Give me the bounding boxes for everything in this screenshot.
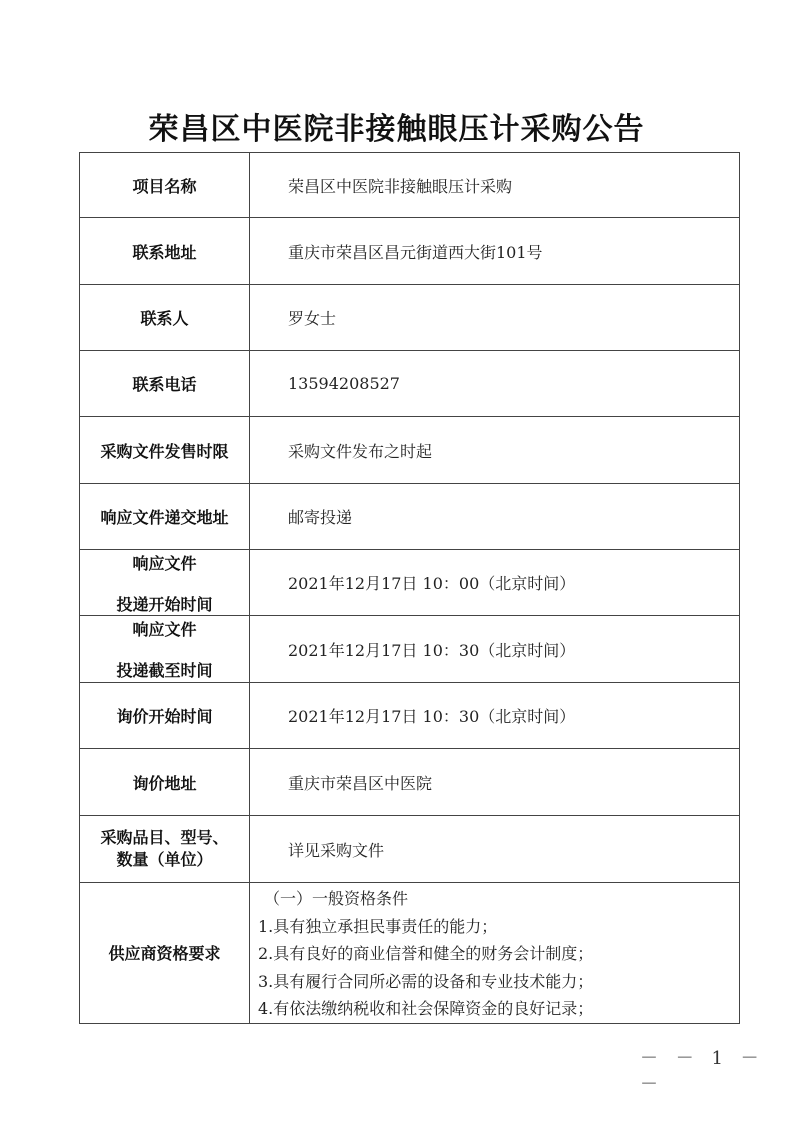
row-value: 2021年12月17日 10：00（北京时间）: [250, 550, 740, 616]
row-value: 13594208527: [250, 351, 740, 417]
requirement-item: 4.有依法缴纳税收和社会保障资金的良好记录；: [258, 995, 739, 1023]
row-label: 询价地址: [80, 749, 250, 816]
row-label: 联系电话: [80, 351, 250, 417]
table-row: 供应商资格要求 （一）一般资格条件 1.具有独立承担民事责任的能力； 2.具有良…: [80, 883, 740, 1024]
table-row: 响应文件 投递截至时间 2021年12月17日 10：30（北京时间）: [80, 616, 740, 683]
row-label-line: 采购品目、型号、: [80, 827, 249, 849]
row-label: 项目名称: [80, 153, 250, 218]
row-label-line: 响应文件: [80, 551, 249, 574]
procurement-info-table: 项目名称 荣昌区中医院非接触眼压计采购 联系地址 重庆市荣昌区昌元街道西大街10…: [79, 152, 740, 1024]
table-row: 联系人 罗女士: [80, 285, 740, 351]
row-value: 重庆市荣昌区中医院: [250, 749, 740, 816]
requirement-item: 1.具有独立承担民事责任的能力；: [258, 913, 739, 941]
row-value: 2021年12月17日 10：30（北京时间）: [250, 616, 740, 683]
row-value: 2021年12月17日 10：30（北京时间）: [250, 683, 740, 749]
row-value: 详见采购文件: [250, 816, 740, 883]
table-row: 项目名称 荣昌区中医院非接触眼压计采购: [80, 153, 740, 218]
table-row: 询价开始时间 2021年12月17日 10：30（北京时间）: [80, 683, 740, 749]
supplier-requirements: （一）一般资格条件 1.具有独立承担民事责任的能力； 2.具有良好的商业信誉和健…: [250, 883, 740, 1024]
row-value: 重庆市荣昌区昌元街道西大街101号: [250, 218, 740, 285]
requirement-item: 3.具有履行合同所必需的设备和专业技术能力；: [258, 968, 739, 996]
row-label: 供应商资格要求: [80, 883, 250, 1024]
row-value: 罗女士: [250, 285, 740, 351]
table-row: 采购品目、型号、 数量（单位） 详见采购文件: [80, 816, 740, 883]
row-label: 采购品目、型号、 数量（单位）: [80, 816, 250, 883]
row-label: 响应文件递交地址: [80, 484, 250, 550]
row-label: 响应文件 投递截至时间: [80, 616, 250, 683]
requirement-item: 2.具有良好的商业信誉和健全的财务会计制度；: [258, 940, 739, 968]
page-number: － － 1 － －: [640, 1044, 793, 1096]
row-label-line: 投递截至时间: [80, 658, 249, 681]
row-label: 响应文件 投递开始时间: [80, 550, 250, 616]
table-row: 询价地址 重庆市荣昌区中医院: [80, 749, 740, 816]
row-value: 邮寄投递: [250, 484, 740, 550]
row-label: 联系人: [80, 285, 250, 351]
table-row: 联系电话 13594208527: [80, 351, 740, 417]
row-label: 联系地址: [80, 218, 250, 285]
row-label-line: 数量（单位）: [80, 849, 249, 871]
row-label: 采购文件发售时限: [80, 417, 250, 484]
row-value: 荣昌区中医院非接触眼压计采购: [250, 153, 740, 218]
row-value: 采购文件发布之时起: [250, 417, 740, 484]
table-row: 响应文件递交地址 邮寄投递: [80, 484, 740, 550]
row-label: 询价开始时间: [80, 683, 250, 749]
requirement-heading: （一）一般资格条件: [258, 885, 739, 913]
row-label-line: 响应文件: [80, 617, 249, 640]
table-row: 响应文件 投递开始时间 2021年12月17日 10：00（北京时间）: [80, 550, 740, 616]
table-row: 联系地址 重庆市荣昌区昌元街道西大街101号: [80, 218, 740, 285]
table-row: 采购文件发售时限 采购文件发布之时起: [80, 417, 740, 484]
row-label-line: 投递开始时间: [80, 592, 249, 615]
document-title: 荣昌区中医院非接触眼压计采购公告: [0, 104, 793, 148]
